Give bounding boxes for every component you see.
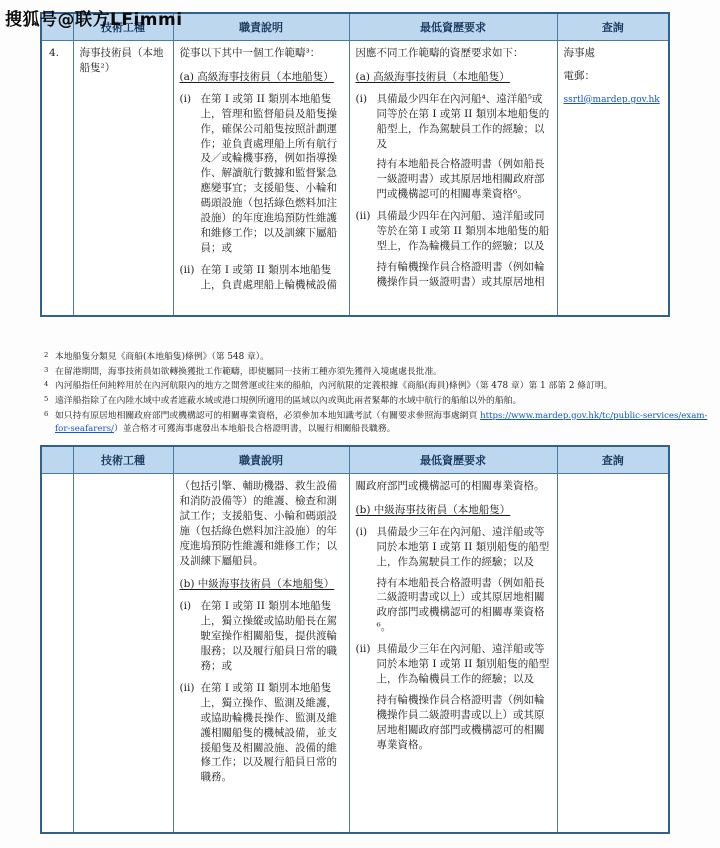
enquiry-office: 海事處 xyxy=(564,46,663,61)
item-marker: (i) xyxy=(180,92,201,256)
footnote-marker: 5 xyxy=(44,394,55,408)
footnote-text-post: ）並合格才可獲海事處發出本地船長合格證明書，以履行相關船長職務。 xyxy=(114,424,396,434)
trade-cell: 海事技術員（本地船隻²） xyxy=(73,41,173,317)
footnote-4: 4 內河船指任何純粹用於在內河航限內的地方之間營運或往來的船舶，內河航限的定義根… xyxy=(44,380,708,394)
duties-heading-b: (b) 中級海事技術員（本地船隻） xyxy=(180,577,343,592)
item-marker: (ii) xyxy=(180,263,201,293)
duties-heading-a: (a) 高級海事技術員（本地船隻） xyxy=(180,70,343,85)
footnote-5: 5 遠洋船指除了在內陸水域中或者遮蔽水域或港口規例所適用的區域以內或與此兩者緊鄰… xyxy=(44,395,708,409)
footnote-marker: 2 xyxy=(44,350,55,364)
requirement-paragraph: 持有本地船長合格證明書（例如船長一級證明書）或其原居地相關政府部門或機構認可的相… xyxy=(377,157,551,202)
footnote-marker: 6 xyxy=(44,409,55,436)
item-text: 具備最少四年在內河船⁴、遠洋船⁵或同等於在第 I 或第 II 類別本地船隻的船型… xyxy=(377,92,551,202)
duties-item-i: (i) 在第 I 或第 II 類別本地船隻上，管理和監督船員及船隻操作，確保公司… xyxy=(180,92,343,256)
footnote-text: 遠洋船指除了在內陸水域中或者遮蔽水域或港口規例所適用的區域以內或與此兩者緊鄰的水… xyxy=(55,395,708,409)
row-number xyxy=(41,474,73,834)
footnote-marker: 3 xyxy=(44,365,55,379)
table-1: 技術工種 職責說明 最低資歷要求 查詢 4. 海事技術員（本地船隻²） 從事以下… xyxy=(40,12,670,317)
header-duties: 職責說明 xyxy=(173,446,349,474)
item-text: 具備最少三年在內河船、遠洋船或等同於本地第 I 或第 II 類別船隻的船型上，作… xyxy=(377,525,551,635)
header-trade: 技術工種 xyxy=(73,446,173,474)
duties-intro: 從事以下其中一個工作範疇³： xyxy=(180,46,343,61)
requirements-heading-b: (b) 中級海事技術員（本地船隻） xyxy=(356,503,551,518)
footnote-3: 3 在留港期間，海事技術員如欲轉換獲批工作範疇，即使屬同一技術工種亦須先獲得入境… xyxy=(44,366,708,380)
item-text: 具備最少三年在內河船、遠洋船或等同於本地第 I 或第 II 類別船隻的船型上，作… xyxy=(377,642,551,752)
table-row: 4. 海事技術員（本地船隻²） 從事以下其中一個工作範疇³： (a) 高級海事技… xyxy=(41,41,669,317)
footnote-marker: 4 xyxy=(44,379,55,393)
requirement-paragraph: 持有輪機操作員合格證明書（例如輪機操作員二級證明書或以上）或其原居地相關政府部門… xyxy=(377,693,551,753)
footnote-text: 在留港期間，海事技術員如欲轉換獲批工作範疇，即使屬同一技術工種亦須先獲得入境處處… xyxy=(55,366,708,380)
requirements-intro: 因應不同工作範疇的資歷要求如下： xyxy=(356,46,551,61)
item-text: 在第 I 或第 II 類別本地船隻上，負責處理船上輪機械設備 xyxy=(201,263,343,293)
requirements-item-ii: (ii) 具備最少四年在內河船、遠洋船或同等於在第 I 或第 II 類別本地船隻… xyxy=(356,209,551,290)
item-marker: (ii) xyxy=(356,642,377,752)
duties-item-ii: (ii) 在第 I 或第 II 類別本地船隻上，獨立操作、監測及維護，或協助輪機… xyxy=(180,681,343,785)
trade-cell xyxy=(73,474,173,834)
header-enquiry: 查詢 xyxy=(557,13,669,41)
requirement-paragraph: 具備最少四年在內河船、遠洋船或同等於在第 I 或第 II 類別本地船隻的船型上，… xyxy=(377,209,551,254)
header-requirements: 最低資歷要求 xyxy=(349,446,557,474)
item-marker: (i) xyxy=(356,525,377,635)
footnote-text-pre: 如只持有原居地相關政府部門或機構認可的相關專業資格，必須參加本地知識考試（有關要… xyxy=(55,411,480,421)
watermark: 搜狐号@联方LFimmi xyxy=(5,5,183,30)
footnotes: 2 本地船隻分類見《商船(本地船隻)條例》（第 548 章）。 3 在留港期間，… xyxy=(44,351,708,438)
duties-cell: （包括引擎、輔助機器、救生設備和消防設備等）的維護、檢查和測試工作；支援船隻、小… xyxy=(173,474,349,834)
item-marker: (i) xyxy=(356,92,377,202)
header-requirements: 最低資歷要求 xyxy=(349,13,557,41)
header-duties: 職責說明 xyxy=(173,13,349,41)
row-number: 4. xyxy=(41,41,73,317)
duties-continuation: （包括引擎、輔助機器、救生設備和消防設備等）的維護、檢查和測試工作；支援船隻、小… xyxy=(180,479,343,568)
duties-item-ii: (ii) 在第 I 或第 II 類別本地船隻上，負責處理船上輪機械設備 xyxy=(180,263,343,293)
footnote-text: 本地船隻分類見《商船(本地船隻)條例》（第 548 章）。 xyxy=(55,351,708,365)
requirement-paragraph: 具備最少三年在內河船、遠洋船或等同於本地第 I 或第 II 類別船隻的船型上，作… xyxy=(377,525,551,570)
item-marker: (ii) xyxy=(356,209,377,290)
item-text: 在第 I 或第 II 類別本地船隻上，管理和監督船員及船隻操作，確保公司船隻按照… xyxy=(201,92,343,256)
enquiry-cell xyxy=(557,474,669,834)
requirements-item-i: (i) 具備最少四年在內河船⁴、遠洋船⁵或同等於在第 I 或第 II 類別本地船… xyxy=(356,92,551,202)
requirements-cell: 因應不同工作範疇的資歷要求如下： (a) 高級海事技術員（本地船隻） (i) 具… xyxy=(349,41,557,317)
header-num xyxy=(41,446,73,474)
requirements-heading-a: (a) 高級海事技術員（本地船隻） xyxy=(356,70,551,85)
requirement-paragraph: 具備最少四年在內河船⁴、遠洋船⁵或同等於在第 I 或第 II 類別本地船隻的船型… xyxy=(377,92,551,152)
requirement-paragraph: 持有本地船長合格證明書（例如船長二級證明書或以上）或其原居地相關政府部門或機構認… xyxy=(377,576,551,636)
table-row: （包括引擎、輔助機器、救生設備和消防設備等）的維護、檢查和測試工作；支援船隻、小… xyxy=(41,474,669,834)
requirement-paragraph: 持有輪機操作員合格證明書（例如輪機操作員一級證明書）或其原居地相 xyxy=(377,260,551,290)
requirements-item-i: (i) 具備最少三年在內河船、遠洋船或等同於本地第 I 或第 II 類別船隻的船… xyxy=(356,525,551,635)
duties-item-i: (i) 在第 I 或第 II 類別本地船隻上，獨立操縱或協助船長在駕駛室操作相關… xyxy=(180,599,343,674)
document-page: 搜狐号@联方LFimmi 技術工種 職責說明 最低資歷要求 查詢 4. 海事技術… xyxy=(0,0,720,848)
footnote-text: 內河船指任何純粹用於在內河航限內的地方之間營運或往來的船舶，內河航限的定義根據《… xyxy=(55,380,708,394)
item-marker: (ii) xyxy=(180,681,201,785)
enquiry-email-label: 電郵： xyxy=(564,69,663,84)
table-2-header: 技術工種 職責說明 最低資歷要求 查詢 xyxy=(41,446,669,474)
item-marker: (i) xyxy=(180,599,201,674)
requirements-cell: 關政府部門或機構認可的相關專業資格。 (b) 中級海事技術員（本地船隻） (i)… xyxy=(349,474,557,834)
enquiry-cell: 海事處 電郵： ssrtl@mardep.gov.hk xyxy=(557,41,669,317)
table-2: 技術工種 職責說明 最低資歷要求 查詢 （包括引擎、輔助機器、救生設備和消防設備… xyxy=(40,445,670,834)
requirements-continuation: 關政府部門或機構認可的相關專業資格。 xyxy=(356,479,551,494)
requirement-paragraph: 具備最少三年在內河船、遠洋船或等同於本地第 I 或第 II 類別船隻的船型上，作… xyxy=(377,642,551,687)
item-text: 具備最少四年在內河船、遠洋船或同等於在第 I 或第 II 類別本地船隻的船型上，… xyxy=(377,209,551,290)
header-enquiry: 查詢 xyxy=(557,446,669,474)
footnote-6: 6 如只持有原居地相關政府部門或機構認可的相關專業資格，必須參加本地知識考試（有… xyxy=(44,410,708,437)
footnote-text: 如只持有原居地相關政府部門或機構認可的相關專業資格，必須參加本地知識考試（有關要… xyxy=(55,410,708,437)
duties-cell: 從事以下其中一個工作範疇³： (a) 高級海事技術員（本地船隻） (i) 在第 … xyxy=(173,41,349,317)
item-text: 在第 I 或第 II 類別本地船隻上，獨立操縱或協助船長在駕駛室操作相關船隻，提… xyxy=(201,599,343,674)
email-link[interactable]: ssrtl@mardep.gov.hk xyxy=(564,95,660,105)
footnote-2: 2 本地船隻分類見《商船(本地船隻)條例》（第 548 章）。 xyxy=(44,351,708,365)
item-text: 在第 I 或第 II 類別本地船隻上，獨立操作、監測及維護，或協助輪機長操作、監… xyxy=(201,681,343,785)
requirements-item-ii: (ii) 具備最少三年在內河船、遠洋船或等同於本地第 I 或第 II 類別船隻的… xyxy=(356,642,551,752)
